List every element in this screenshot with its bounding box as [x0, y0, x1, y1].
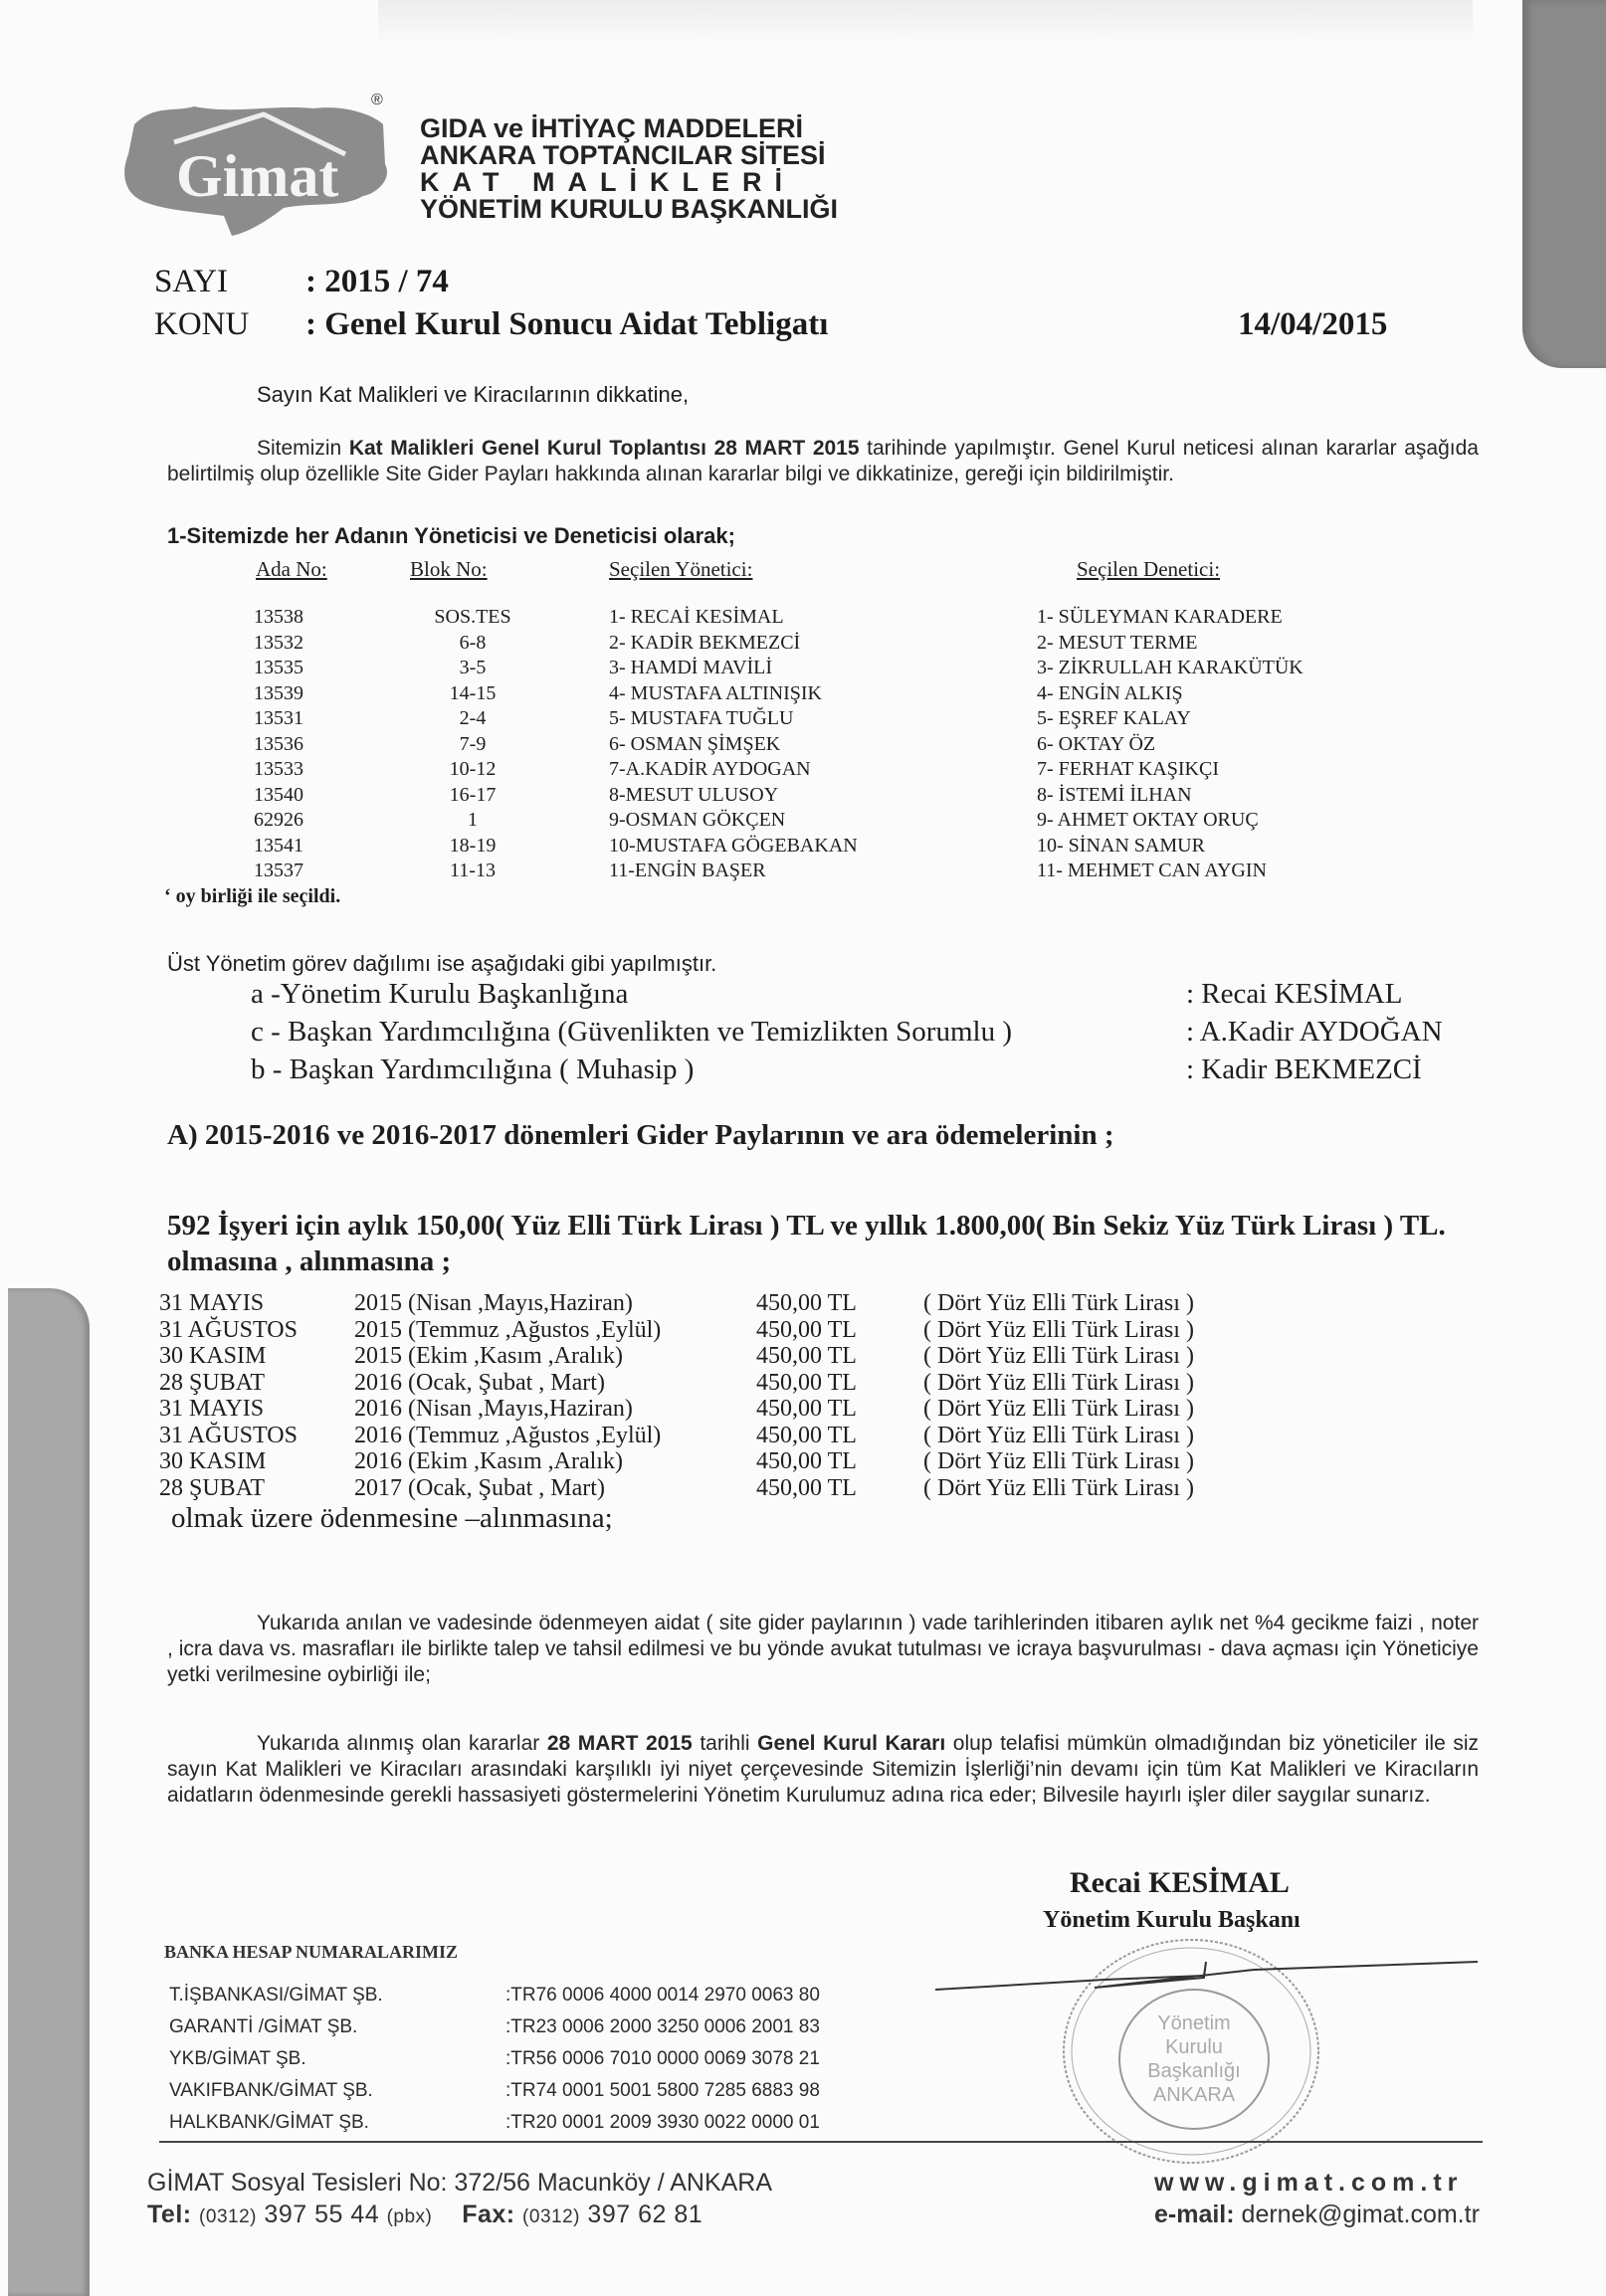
table-cell-yonetici: 3- HAMDİ MAVİLİ — [609, 656, 858, 681]
sayi-value: : 2015 / 74 — [305, 264, 449, 300]
table-cell-blok: 1 — [398, 808, 547, 834]
salutation: Sayın Kat Malikleri ve Kiracılarının dik… — [257, 382, 689, 408]
closing-paragraph: Yukarıda alınmış olan kararlar 28 MART 2… — [167, 1731, 1479, 1809]
table-cell-yonetici: 7-A.KADİR AYDOGAN — [609, 757, 858, 783]
schedule-words: ( Dört Yüz Elli Türk Lirası ) — [923, 1396, 1194, 1423]
table-cell-blok: 6-8 — [398, 631, 547, 657]
schedule-words: ( Dört Yüz Elli Türk Lirası ) — [923, 1290, 1194, 1317]
bank-name: GARANTİ /GİMAT ŞB. — [169, 2011, 357, 2043]
table-cell-yonetici: 8-MESUT ULUSOY — [609, 783, 858, 809]
table-cell-ada: 13533 — [254, 757, 303, 783]
table-cell-denetici: 4- ENGİN ALKIŞ — [1037, 681, 1304, 707]
bank-iban: :TR20 0001 2009 3930 0022 0000 01 — [505, 2107, 820, 2139]
footer-address: GİMAT Sosyal Tesisleri No: 372/56 Macunk… — [147, 2169, 772, 2198]
svg-text:Yönetim: Yönetim — [1157, 2012, 1230, 2034]
table-cell-blok: 2-4 — [398, 706, 547, 732]
bank-iban: :TR23 0006 2000 3250 0006 2001 83 — [505, 2011, 820, 2043]
fee-statement: 592 İşyeri için aylık 150,00( Yüz Elli T… — [167, 1208, 1520, 1279]
schedule-words: ( Dört Yüz Elli Türk Lirası ) — [923, 1475, 1194, 1502]
logo-text: Gimat — [176, 143, 338, 209]
email-link[interactable]: e-mail: dernek@gimat.com.tr — [1154, 2200, 1480, 2229]
schedule-period: 2016 (Temmuz ,Ağustos ,Eylül) — [354, 1423, 661, 1449]
schedule-words: ( Dört Yüz Elli Türk Lirası ) — [923, 1317, 1194, 1344]
table-cell-denetici: 7- FERHAT KAŞIKÇI — [1037, 757, 1304, 783]
schedule-due: 31 MAYIS — [159, 1396, 264, 1423]
table-cell-denetici: 2- MESUT TERME — [1037, 631, 1304, 657]
table-cell-blok: 16-17 — [398, 783, 547, 809]
table-cell-denetici: 5- EŞREF KALAY — [1037, 706, 1304, 732]
management-intro: Üst Yönetim görev dağılımı ise aşağıdaki… — [167, 951, 716, 977]
schedule-period: 2016 (Ocak, Şubat , Mart) — [354, 1370, 605, 1397]
table-cell-ada: 13532 — [254, 631, 303, 657]
table-cell-blok: SOS.TES — [398, 605, 547, 631]
table-cell-ada: 62926 — [254, 808, 303, 834]
footer-phone: Tel: (0312) 397 55 44 (pbx) Fax: (0312) … — [147, 2200, 703, 2229]
table-cell-yonetici: 5- MUSTAFA TUĞLU — [609, 706, 858, 732]
divider — [159, 2141, 1483, 2143]
table-footnote: ‘ oy birliği ile seçildi. — [164, 885, 340, 908]
schedule-period: 2015 (Nisan ,Mayıs,Haziran) — [354, 1290, 633, 1317]
role-label: a -Yönetim Kurulu Başkanlığına — [251, 975, 1012, 1013]
table-cell-denetici: 6- OKTAY ÖZ — [1037, 732, 1304, 758]
role-name: : Recai KESİMAL — [1186, 975, 1443, 1013]
bank-iban: :TR76 0006 4000 0014 2970 0063 80 — [505, 1980, 820, 2011]
svg-text:Başkanlığı: Başkanlığı — [1147, 2060, 1240, 2082]
schedule-due: 31 AĞUSTOS — [159, 1423, 298, 1449]
schedule-due: 28 ŞUBAT — [159, 1475, 265, 1502]
header-blok-no: Blok No: — [410, 557, 488, 582]
header-secilen-denetici: Seçilen Denetici: — [1077, 557, 1220, 582]
table-cell-ada: 13538 — [254, 605, 303, 631]
column-yonetici: 1- RECAİ KESİMAL2- KADİR BEKMEZCİ3- HAMD… — [609, 605, 858, 884]
intro-paragraph: Sitemizin Kat Malikleri Genel Kurul Topl… — [167, 436, 1479, 487]
section-1-title: 1-Sitemizde her Adanın Yöneticisi ve Den… — [167, 523, 735, 549]
column-blok-no: SOS.TES6-83-514-152-47-910-1216-17118-19… — [398, 605, 547, 884]
table-cell-denetici: 10- SİNAN SAMUR — [1037, 834, 1304, 860]
schedule-amount: 450,00 TL — [756, 1475, 857, 1502]
table-cell-denetici: 8- İSTEMİ İLHAN — [1037, 783, 1304, 809]
table-cell-blok: 10-12 — [398, 757, 547, 783]
table-cell-yonetici: 6- OSMAN ŞİMŞEK — [609, 732, 858, 758]
table-cell-blok: 18-19 — [398, 834, 547, 860]
scan-edge-left — [8, 1288, 90, 2296]
schedule-words: ( Dört Yüz Elli Türk Lirası ) — [923, 1448, 1194, 1475]
table-cell-blok: 14-15 — [398, 681, 547, 707]
bank-accounts-title: BANKA HESAP NUMARALARIMIZ — [164, 1942, 458, 1963]
role-name: : Kadir BEKMEZCİ — [1186, 1051, 1443, 1088]
table-cell-denetici: 9- AHMET OKTAY ORUÇ — [1037, 808, 1304, 834]
schedule-amount: 450,00 TL — [756, 1423, 857, 1449]
table-cell-denetici: 1- SÜLEYMAN KARADERE — [1037, 605, 1304, 631]
schedule-due: 31 MAYIS — [159, 1290, 264, 1317]
management-names: : Recai KESİMAL : A.Kadir AYDOĞAN : Kadi… — [1186, 975, 1443, 1088]
schedule-due: 28 ŞUBAT — [159, 1370, 265, 1397]
document-date: 14/04/2015 — [1238, 306, 1387, 343]
role-label: c - Başkan Yardımcılığına (Güvenlikten v… — [251, 1013, 1012, 1051]
table-cell-yonetici: 2- KADİR BEKMEZCİ — [609, 631, 858, 657]
scan-shadow-top — [378, 0, 1473, 45]
svg-text:ANKARA: ANKARA — [1153, 2084, 1236, 2106]
schedule-words: ( Dört Yüz Elli Türk Lirası ) — [923, 1423, 1194, 1449]
table-cell-yonetici: 10-MUSTAFA GÖGEBAKAN — [609, 834, 858, 860]
table-cell-blok: 3-5 — [398, 656, 547, 681]
schedule-period: 2015 (Ekim ,Kasım ,Aralık) — [354, 1343, 623, 1370]
organization-name: GIDA ve İHTİYAÇ MADDELERİ ANKARA TOPTANC… — [420, 115, 838, 223]
schedule-period: 2017 (Ocak, Şubat , Mart) — [354, 1475, 605, 1502]
table-cell-ada: 13531 — [254, 706, 303, 732]
table-cell-ada: 13539 — [254, 681, 303, 707]
gimat-logo: Gimat ® — [114, 85, 413, 244]
table-cell-ada: 13541 — [254, 834, 303, 860]
schedule-due: 31 AĞUSTOS — [159, 1317, 298, 1344]
column-denetici: 1- SÜLEYMAN KARADERE2- MESUT TERME3- ZİK… — [1037, 605, 1304, 884]
website-link[interactable]: www.gimat.com.tr — [1154, 2169, 1463, 2198]
late-payment-paragraph: Yukarıda anılan ve vadesinde ödenmeyen a… — [167, 1611, 1479, 1688]
table-cell-blok: 7-9 — [398, 732, 547, 758]
svg-text:Kurulu: Kurulu — [1165, 2036, 1223, 2058]
schedule-amount: 450,00 TL — [756, 1290, 857, 1317]
header-ada-no: Ada No: — [256, 557, 327, 582]
table-cell-denetici: 11- MEHMET CAN AYGIN — [1037, 859, 1304, 884]
bank-name: VAKIFBANK/GİMAT ŞB. — [169, 2075, 373, 2107]
column-ada-no: 1353813532135351353913531135361353313540… — [254, 605, 303, 884]
table-cell-ada: 13540 — [254, 783, 303, 809]
schedule-words: ( Dört Yüz Elli Türk Lirası ) — [923, 1343, 1194, 1370]
schedule-amount: 450,00 TL — [756, 1370, 857, 1397]
signature-scribble — [935, 1958, 1478, 1998]
bank-iban: :TR56 0006 7010 0000 0069 3078 21 — [505, 2043, 820, 2075]
management-roles: a -Yönetim Kurulu Başkanlığına c - Başka… — [251, 975, 1012, 1088]
section-a-title: A) 2015-2016 ve 2016-2017 dönemleri Gide… — [167, 1119, 1114, 1152]
konu-value: : Genel Kurul Sonucu Aidat Tebligatı — [305, 306, 828, 343]
table-cell-yonetici: 9-OSMAN GÖKÇEN — [609, 808, 858, 834]
schedule-due: 30 KASIM — [159, 1448, 266, 1475]
signatory-title: Yönetim Kurulu Başkanı — [1043, 1907, 1301, 1934]
schedule-due: 30 KASIM — [159, 1343, 266, 1370]
signatory-name: Recai KESİMAL — [1070, 1866, 1290, 1900]
role-name: : A.Kadir AYDOĞAN — [1186, 1013, 1443, 1051]
bank-name: YKB/GİMAT ŞB. — [169, 2043, 306, 2075]
bank-iban: :TR74 0001 5001 5800 7285 6883 98 — [505, 2075, 820, 2107]
role-label: b - Başkan Yardımcılığına ( Muhasip ) — [251, 1051, 1012, 1088]
scan-edge-right — [1522, 0, 1606, 368]
table-cell-yonetici: 1- RECAİ KESİMAL — [609, 605, 858, 631]
table-cell-blok: 11-13 — [398, 859, 547, 884]
table-cell-yonetici: 11-ENGİN BAŞER — [609, 859, 858, 884]
schedule-amount: 450,00 TL — [756, 1343, 857, 1370]
schedule-amount: 450,00 TL — [756, 1448, 857, 1475]
table-cell-ada: 13536 — [254, 732, 303, 758]
schedule-period: 2015 (Temmuz ,Ağustos ,Eylül) — [354, 1317, 661, 1344]
bank-name: HALKBANK/GİMAT ŞB. — [169, 2107, 369, 2139]
table-cell-denetici: 3- ZİKRULLAH KARAKÜTÜK — [1037, 656, 1304, 681]
header-secilen-yonetici: Seçilen Yönetici: — [609, 557, 752, 582]
table-cell-ada: 13537 — [254, 859, 303, 884]
sayi-label: SAYI — [154, 264, 228, 300]
table-cell-yonetici: 4- MUSTAFA ALTINIŞIK — [609, 681, 858, 707]
schedule-period: 2016 (Nisan ,Mayıs,Haziran) — [354, 1396, 633, 1423]
svg-text:®: ® — [371, 92, 383, 108]
schedule-words: ( Dört Yüz Elli Türk Lirası ) — [923, 1370, 1194, 1397]
konu-label: KONU — [154, 306, 249, 343]
bank-name: T.İŞBANKASI/GİMAT ŞB. — [169, 1980, 383, 2011]
table-cell-ada: 13535 — [254, 656, 303, 681]
schedule-amount: 450,00 TL — [756, 1396, 857, 1423]
schedule-closing: olmak üzere ödenmesine –alınmasına; — [171, 1502, 613, 1535]
schedule-amount: 450,00 TL — [756, 1317, 857, 1344]
schedule-period: 2016 (Ekim ,Kasım ,Aralık) — [354, 1448, 623, 1475]
